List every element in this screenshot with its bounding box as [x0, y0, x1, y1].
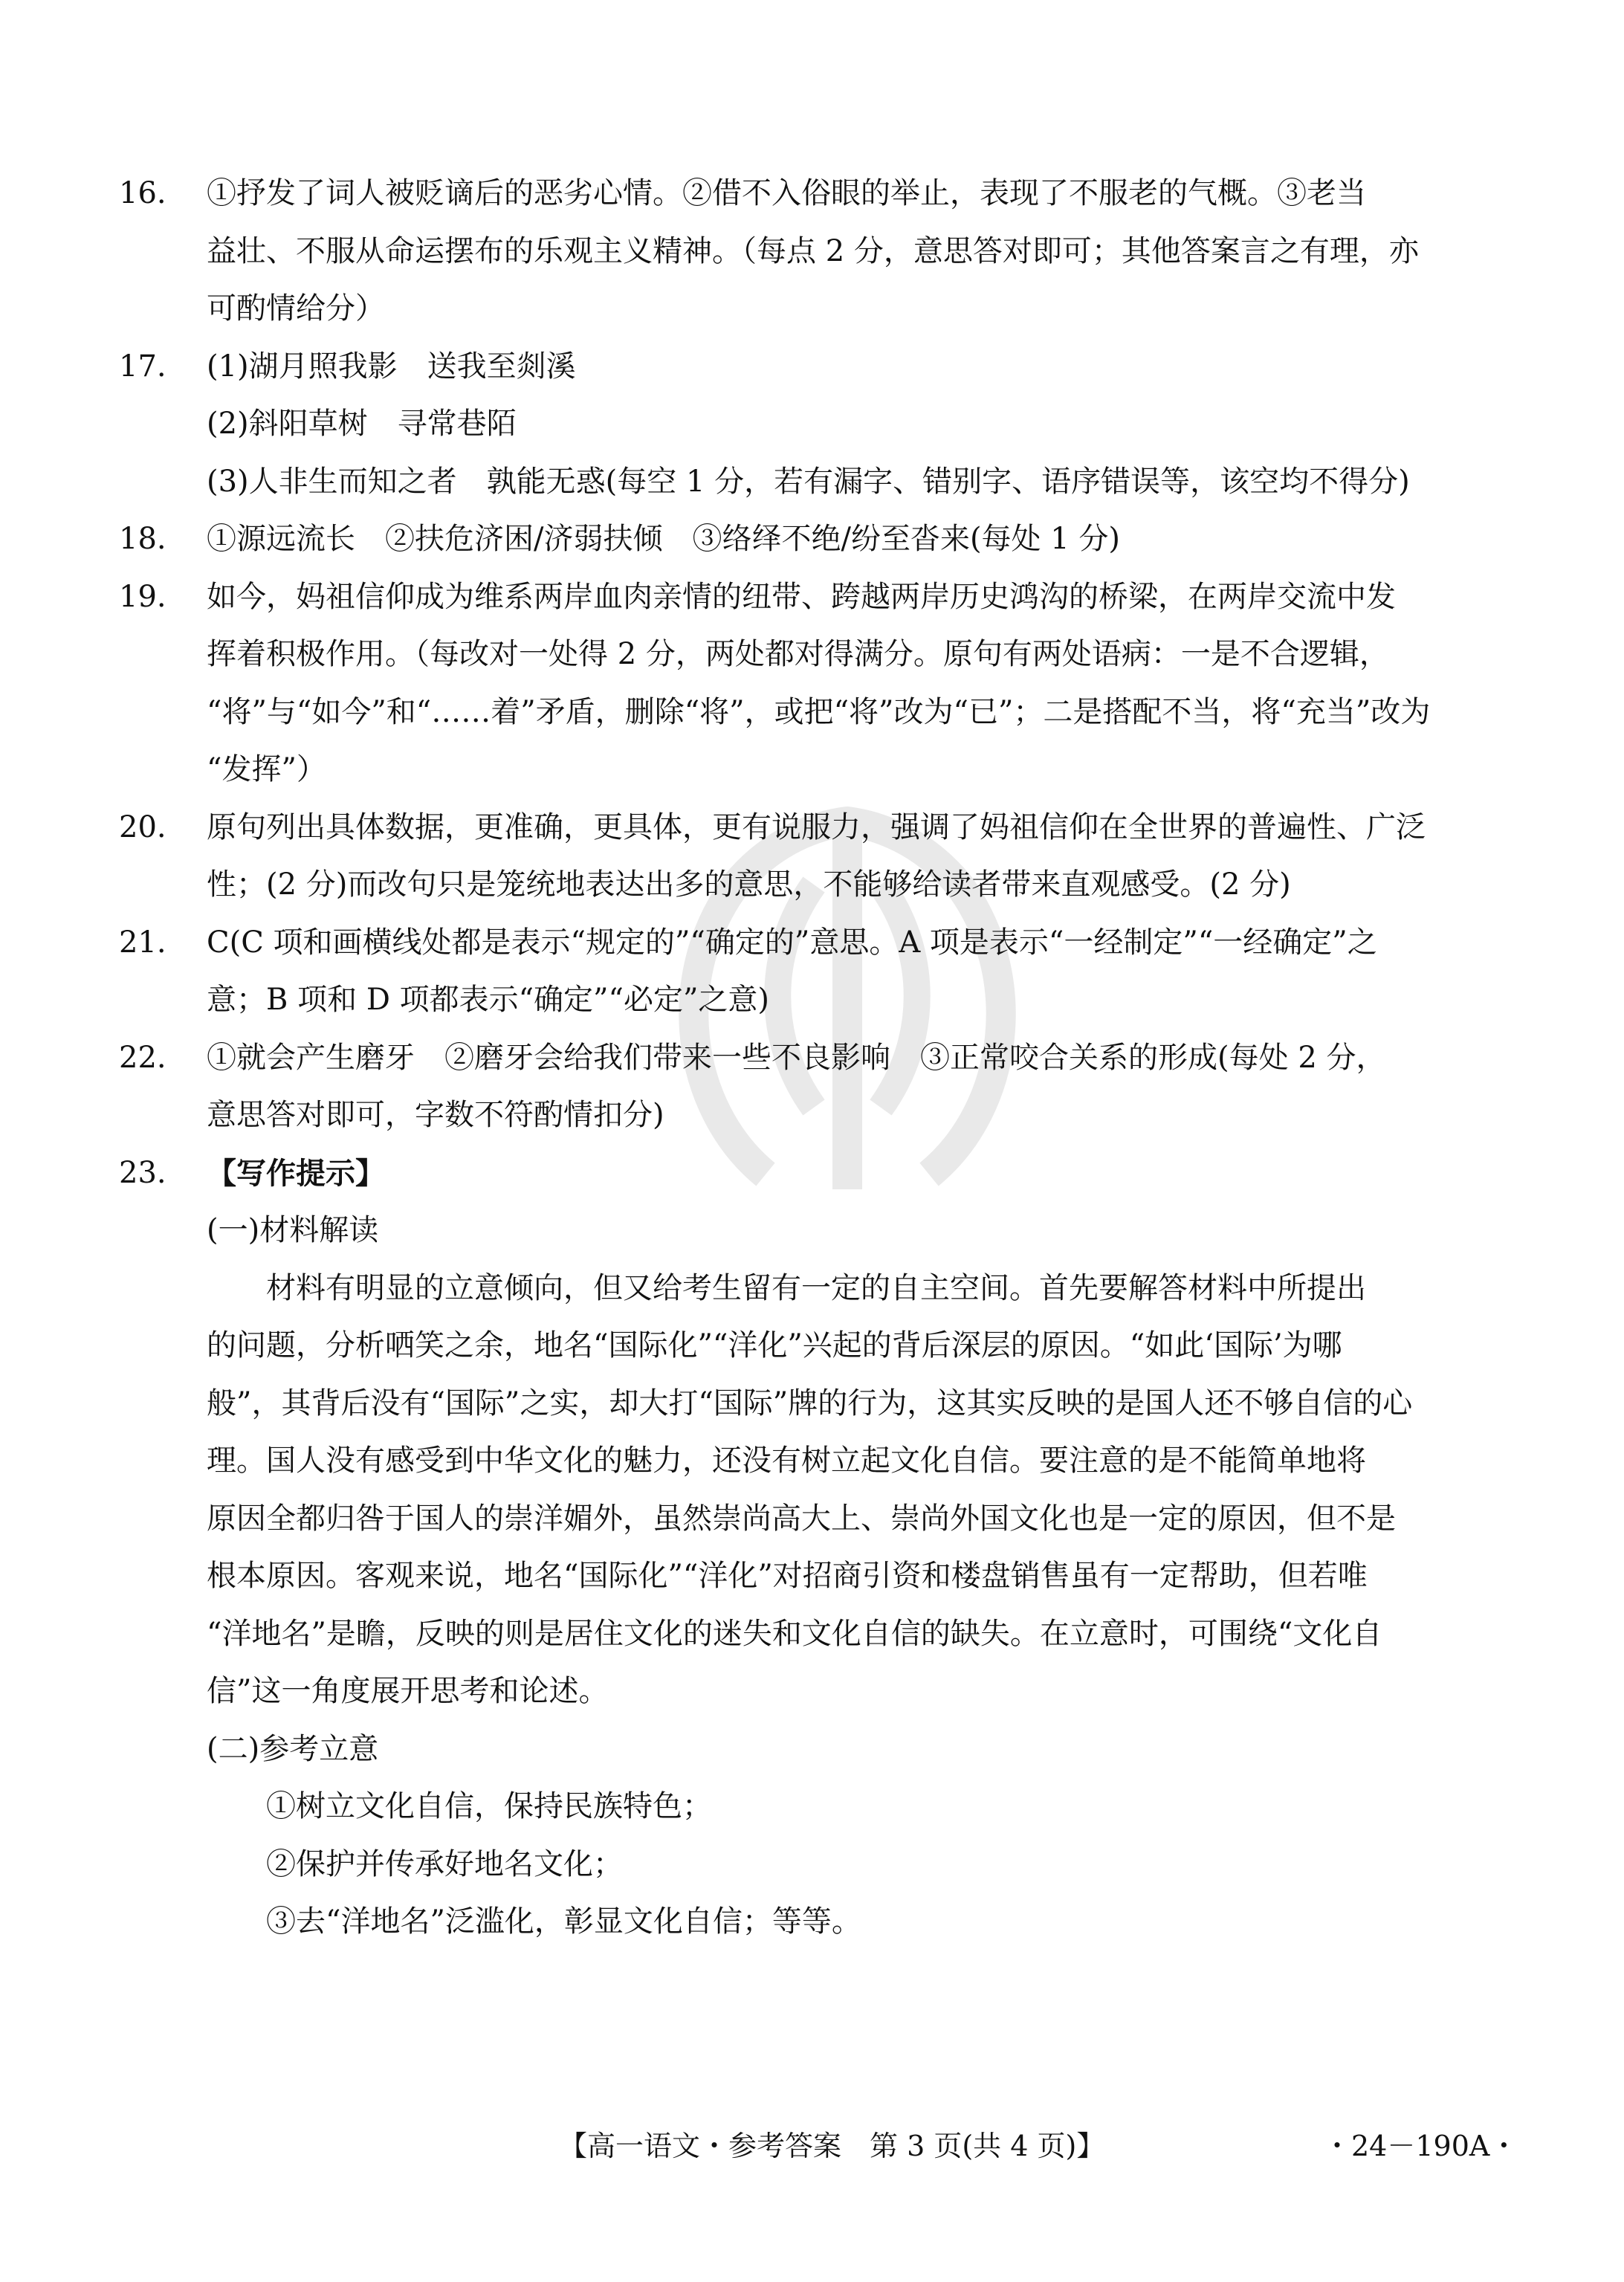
material-paragraph-line: 材料有明显的立意倾向，但又给考生留有一定的自主空间。首先要解答材料中所提出 — [207, 1260, 1473, 1318]
question-18: 18. ①源远流长 ②扶危济困/济弱扶倾 ③络绎不绝/纷至沓来(每处 1 分) — [119, 511, 1473, 569]
material-paragraph-line: “洋地名”是瞻，反映的则是居住文化的迷失和文化自信的缺失。在立意时，可围绕“文化… — [207, 1606, 1473, 1664]
answer-line: 意思答对即可，字数不符酌情扣分) — [207, 1087, 1473, 1145]
reference-theme-item: ①树立文化自信，保持民族特色； — [207, 1778, 1473, 1836]
answer-line: (1)湖月照我影 送我至剡溪 — [207, 338, 1473, 396]
question-19: 19. 如今，妈祖信仰成为维系两岸血肉亲情的纽带、跨越两岸历史鸿沟的桥梁，在两岸… — [119, 569, 1473, 799]
answer-line: C(C 项和画横线处都是表示“规定的”“确定的”意思。A 项是表示“一经制定”“… — [207, 914, 1473, 972]
answer-line: ①源远流长 ②扶危济困/济弱扶倾 ③络绎不绝/纷至沓来(每处 1 分) — [207, 511, 1473, 569]
material-paragraph-line: 的问题，分析哂笑之余，地名“国际化”“洋化”兴起的背后深层的原因。“如此‘国际’… — [207, 1317, 1473, 1375]
question-number: 20. — [119, 799, 166, 857]
footer-page-info: 【高一语文・参考答案 第 3 页(共 4 页)】 — [559, 2123, 1104, 2164]
material-paragraph-line: 根本原因。客观来说，地名“国际化”“洋化”对招商引资和楼盘销售虽有一定帮助，但若… — [207, 1548, 1473, 1606]
question-number: 17. — [119, 338, 166, 396]
question-17: 17. (1)湖月照我影 送我至剡溪 (2)斜阳草树 寻常巷陌 (3)人非生而知… — [119, 338, 1473, 511]
answer-line: 可酌情给分） — [207, 280, 1473, 338]
answer-line: ①抒发了词人被贬谪后的恶劣心情。②借不入俗眼的举止，表现了不服老的气概。③老当 — [207, 165, 1473, 223]
answer-line: 原句列出具体数据，更准确，更具体，更有说服力，强调了妈祖信仰在全世界的普遍性、广… — [207, 799, 1473, 857]
question-number: 19. — [119, 569, 166, 627]
answer-line: “将”与“如今”和“……着”矛盾，删除“将”，或把“将”改为“已”；二是搭配不当… — [207, 684, 1473, 742]
section-title-reference-theme: (二)参考立意 — [207, 1721, 1473, 1779]
question-number: 22. — [119, 1030, 166, 1087]
question-22: 22. ①就会产生磨牙 ②磨牙会给我们带来一些不良影响 ③正常咬合关系的形成(每… — [119, 1030, 1473, 1145]
material-paragraph-line: 原因全都归咎于国人的崇洋媚外，虽然崇尚高大上、崇尚外国文化也是一定的原因，但不是 — [207, 1490, 1473, 1548]
material-paragraph-line: 信”这一角度展开思考和论述。 — [207, 1663, 1473, 1721]
answer-line: 如今，妈祖信仰成为维系两岸血肉亲情的纽带、跨越两岸历史鸿沟的桥梁，在两岸交流中发 — [207, 569, 1473, 627]
question-21: 21. C(C 项和画横线处都是表示“规定的”“确定的”意思。A 项是表示“一经… — [119, 914, 1473, 1030]
section-title-material-reading: (一)材料解读 — [207, 1202, 1473, 1260]
page-footer: 【高一语文・参考答案 第 3 页(共 4 页)】 ・24－190A・ — [0, 2123, 1624, 2160]
answer-line: 意；B 项和 D 项都表示“确定”“必定”之意) — [207, 972, 1473, 1030]
answer-line: (3)人非生而知之者 孰能无惑(每空 1 分，若有漏字、错别字、语序错误等，该空… — [207, 453, 1473, 511]
question-number: 18. — [119, 511, 166, 569]
reference-theme-item: ②保护并传承好地名文化； — [207, 1836, 1473, 1894]
question-number: 16. — [119, 165, 166, 223]
footer-doc-code: ・24－190A・ — [1323, 2123, 1518, 2164]
answer-line: (2)斜阳草树 寻常巷陌 — [207, 395, 1473, 453]
question-16: 16. ①抒发了词人被贬谪后的恶劣心情。②借不入俗眼的举止，表现了不服老的气概。… — [119, 165, 1473, 338]
question-20: 20. 原句列出具体数据，更准确，更具体，更有说服力，强调了妈祖信仰在全世界的普… — [119, 799, 1473, 914]
question-number: 23. — [119, 1145, 166, 1203]
question-number: 21. — [119, 914, 166, 972]
material-paragraph-line: 理。国人没有感受到中华文化的魅力，还没有树立起文化自信。要注意的是不能简单地将 — [207, 1432, 1473, 1490]
writing-tips-heading: 【写作提示】 — [207, 1145, 1473, 1203]
answer-key-page: 16. ①抒发了词人被贬谪后的恶劣心情。②借不入俗眼的举止，表现了不服老的气概。… — [0, 0, 1624, 2282]
answer-line: “发挥”） — [207, 741, 1473, 799]
answer-line: ①就会产生磨牙 ②磨牙会给我们带来一些不良影响 ③正常咬合关系的形成(每处 2 … — [207, 1030, 1473, 1087]
answer-line: 益壮、不服从命运摆布的乐观主义精神。（每点 2 分，意思答对即可；其他答案言之有… — [207, 223, 1473, 281]
answer-line: 挥着积极作用。（每改对一处得 2 分，两处都对得满分。原句有两处语病：一是不合逻… — [207, 626, 1473, 684]
reference-theme-item: ③去“洋地名”泛滥化，彰显文化自信；等等。 — [207, 1893, 1473, 1951]
question-23: 23. 【写作提示】 (一)材料解读 材料有明显的立意倾向，但又给考生留有一定的… — [119, 1145, 1473, 1951]
material-paragraph-line: 般”，其背后没有“国际”之实，却大打“国际”牌的行为，这其实反映的是国人还不够自… — [207, 1375, 1473, 1433]
answer-content: 16. ①抒发了词人被贬谪后的恶劣心情。②借不入俗眼的举止，表现了不服老的气概。… — [119, 165, 1473, 1951]
answer-line: 性；(2 分)而改句只是笼统地表达出多的意思，不能够给读者带来直观感受。(2 分… — [207, 856, 1473, 914]
